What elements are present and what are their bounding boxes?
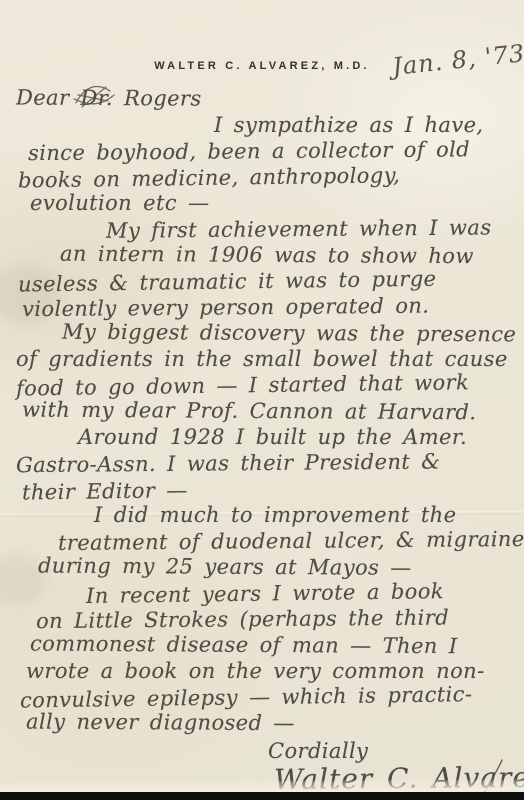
- letter-line: violently every person operated on.: [22, 292, 518, 322]
- letter-line: their Editor —: [22, 473, 518, 506]
- letter-line: ally never diagnosed —: [26, 708, 518, 737]
- letter-line: wrote a book on the very common non-: [26, 658, 518, 684]
- letter-line: of gradients in the small bowel that cau…: [16, 346, 518, 372]
- scan-background-strip: [0, 792, 524, 800]
- letter-line: evolution etc —: [30, 190, 518, 216]
- letter-line: with my dear Prof. Cannon at Harvard.: [22, 396, 518, 425]
- letter-line: I sympathize as I have,: [214, 112, 518, 138]
- letter-line: My first achievement when I was: [106, 214, 518, 244]
- letter-line: Around 1928 I built up the Amer.: [78, 424, 518, 450]
- salutation-line: Dear Dr. Rogers: [16, 84, 518, 113]
- letter-line: I did much to improvement the: [94, 502, 518, 528]
- letter-line: My biggest discovery was the presence: [62, 319, 518, 348]
- letter-line: commonest disease of man — Then I: [30, 631, 518, 660]
- letter-line: books on medicine, anthropology,: [18, 161, 518, 194]
- letter-date: Jan. 8, '73: [391, 39, 524, 81]
- letter-scan: WALTER C. ALVAREZ, M.D. Jan. 8, '73 Dear…: [0, 0, 524, 800]
- salutation-text: Dear Dr. Rogers: [16, 85, 202, 110]
- closing-line: Cordially: [268, 738, 518, 764]
- letter-line: on Little Strokes (perhaps the third: [36, 604, 518, 634]
- letter-line: treatment of duodenal ulcer, & migraine: [58, 526, 518, 556]
- letter-body: Dear Dr. Rogers I sympathize as I have, …: [16, 86, 518, 794]
